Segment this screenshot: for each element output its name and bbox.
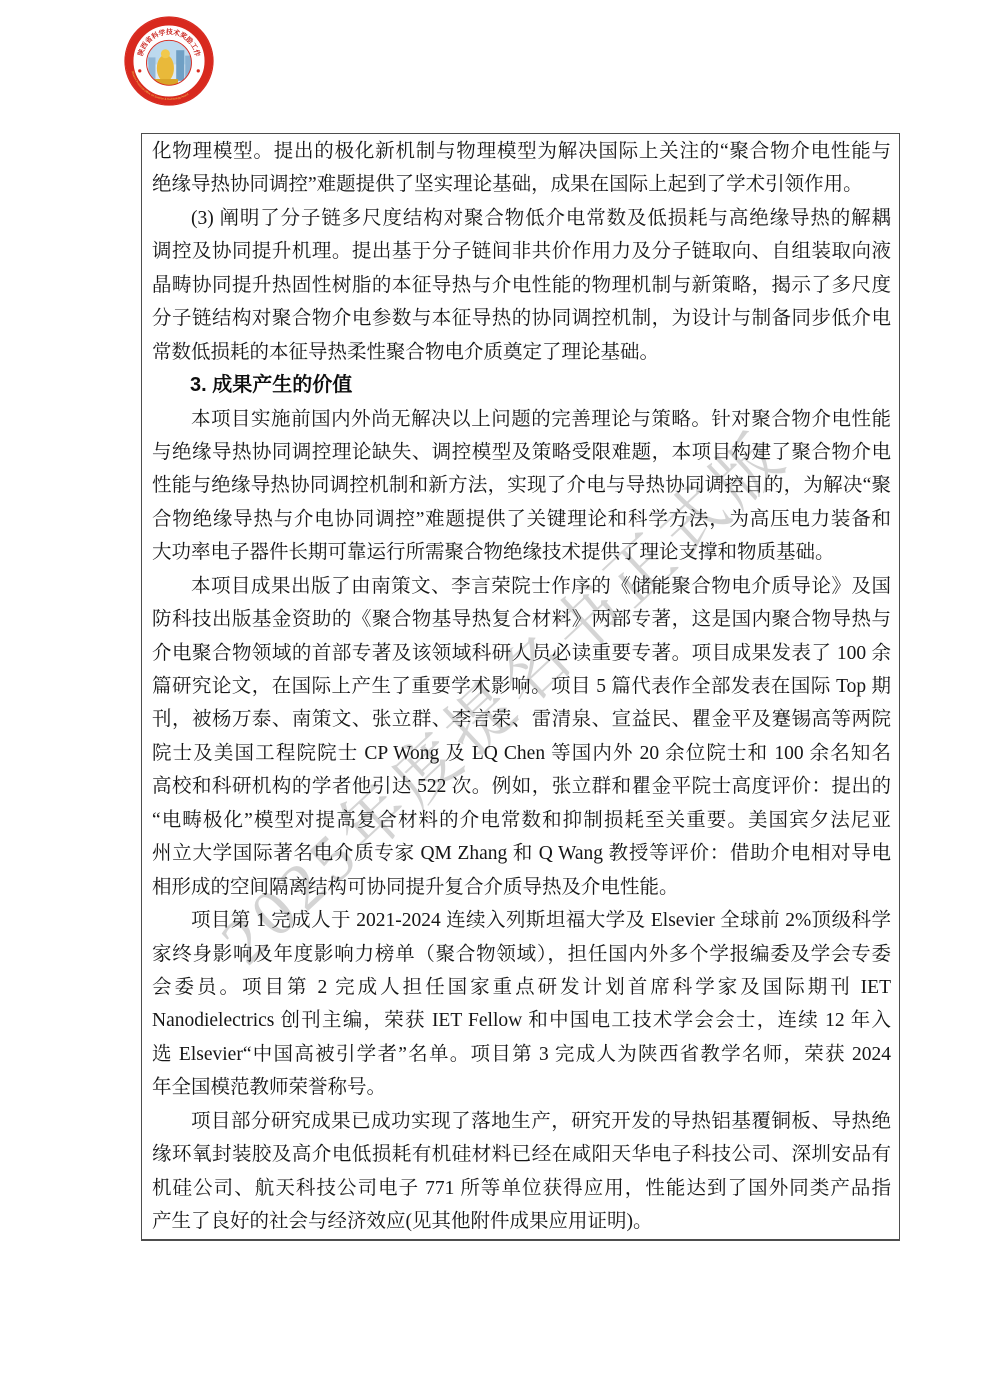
text-line: 本项目成果出版了由南策文、李言荣院士作序的《储能聚合物电介质导论》及国 bbox=[152, 570, 891, 603]
text-line: 合物绝缘导热与介电协同调控”难题提供了关键理论和科学方法，为高压电力装备和 bbox=[152, 503, 891, 536]
text-line: 本项目实施前国内外尚无解决以上问题的完善理论与策略。针对聚合物介电性能 bbox=[152, 403, 891, 436]
text-line: 产生了良好的社会与经济效应(见其他附件成果应用证明)。 bbox=[152, 1205, 891, 1238]
text-line: 缘环氧封装胶及高介电低损耗有机硅材料已经在咸阳天华电子科技公司、深圳安品有 bbox=[152, 1138, 891, 1171]
text-line: 常数低损耗的本征导热柔性聚合物电介质奠定了理论基础。 bbox=[152, 336, 891, 369]
text-line: 项目部分研究成果已成功实现了落地生产，研究开发的导热铝基覆铜板、导热绝 bbox=[152, 1105, 891, 1138]
text-line: Nanodielectrics 创刊主编，荣获 IET Fellow 和中国电工… bbox=[152, 1004, 891, 1037]
text-line: 刊，被杨万泰、南策文、张立群、李言荣、雷清泉、宣益民、瞿金平及蹇锡高等两院 bbox=[152, 703, 891, 736]
text-line: 相形成的空间隔离结构可协同提升复合介质导热及介电性能。 bbox=[152, 871, 891, 904]
office-seal-logo: 陕西省科学技术奖励工作办公室 Shaanxi Provincial Office… bbox=[124, 16, 214, 106]
seal-graphic: 陕西省科学技术奖励工作办公室 Shaanxi Provincial Office… bbox=[124, 16, 214, 106]
text-line: 大功率电子器件长期可靠运行所需聚合物绝缘技术提供了理论支撑和物质基础。 bbox=[152, 536, 891, 569]
text-line: 晶畴协同提升热固性树脂的本征导热与介电性能的物理机制与新策略，揭示了多尺度 bbox=[152, 269, 891, 302]
text-line: “电畴极化”模型对提高复合材料的介电常数和抑制损耗至关重要。美国宾夕法尼亚 bbox=[152, 804, 891, 837]
document-page: 陕西省科学技术奖励工作办公室 Shaanxi Provincial Office… bbox=[0, 0, 990, 1399]
seal-star-left bbox=[138, 69, 141, 72]
section-heading: 3. 成果产生的价值 bbox=[152, 369, 891, 402]
seal-star-right bbox=[197, 69, 200, 72]
text-line: 年全国模范教师荣誉称号。 bbox=[152, 1071, 891, 1104]
text-line: 与绝缘导热协同调控理论缺失、调控模型及策略受限难题，本项目构建了聚合物介电 bbox=[152, 436, 891, 469]
text-line: 家终身影响及年度影响力榜单（聚合物领域），担任国内外多个学报编委及学会专委 bbox=[152, 938, 891, 971]
text-line: 分子链结构对聚合物介电参数与本征导热的协同调控机制，为设计与制备同步低介电 bbox=[152, 302, 891, 335]
text-line: 绝缘导热协同调控”难题提供了坚实理论基础，成果在国际上起到了学术引领作用。 bbox=[152, 168, 891, 201]
text-line: 州立大学国际著名电介质专家 QM Zhang 和 Q Wang 教授等评价：借助… bbox=[152, 837, 891, 870]
text-line: (3) 阐明了分子链多尺度结构对聚合物低介电常数及低损耗与高绝缘导热的解耦 bbox=[152, 202, 891, 235]
text-line: 化物理模型。提出的极化新机制与物理模型为解决国际上关注的“聚合物介电性能与 bbox=[152, 135, 891, 168]
text-line: 项目第 1 完成人于 2021-2024 连续入列斯坦福大学及 Elsevier… bbox=[152, 904, 891, 937]
text-line: 篇研究论文，在国际上产生了重要学术影响。项目 5 篇代表作全部发表在国际 Top… bbox=[152, 670, 891, 703]
text-line: 调控及协同提升机理。提出基于分子链间非共价作用力及分子链取向、自组装取向液 bbox=[152, 235, 891, 268]
text-line: 选 Elsevier“中国高被引学者”名单。项目第 3 完成人为陕西省教学名师，… bbox=[152, 1038, 891, 1071]
text-line: 机硅公司、航天科技公司电子 771 所等单位获得应用，性能达到了国外同类产品指标… bbox=[152, 1172, 891, 1205]
text-line: 防科技出版基金资助的《聚合物基导热复合材料》两部专著，这是国内聚合物导热与 bbox=[152, 603, 891, 636]
text-line: 会委员。项目第 2 完成人担任国家重点研发计划首席科学家及国际期刊 IET bbox=[152, 971, 891, 1004]
text-line: 高校和科研机构的学者他引达 522 次。例如，张立群和瞿金平院士高度评价：提出的 bbox=[152, 770, 891, 803]
text-line: 院士及美国工程院院士 CP Wong 及 LQ Chen 等国内外 20 余位院… bbox=[152, 737, 891, 770]
text-line: 介电聚合物领域的首部专著及该领域科研人员必读重要专著。项目成果发表了 100 余 bbox=[152, 637, 891, 670]
content-box: 化物理模型。提出的极化新机制与物理模型为解决国际上关注的“聚合物介电性能与绝缘导… bbox=[141, 133, 900, 1241]
text-line: 性能与绝缘导热协同调控机制和新方法，实现了介电与导热协同调控目的，为解决“聚 bbox=[152, 469, 891, 502]
